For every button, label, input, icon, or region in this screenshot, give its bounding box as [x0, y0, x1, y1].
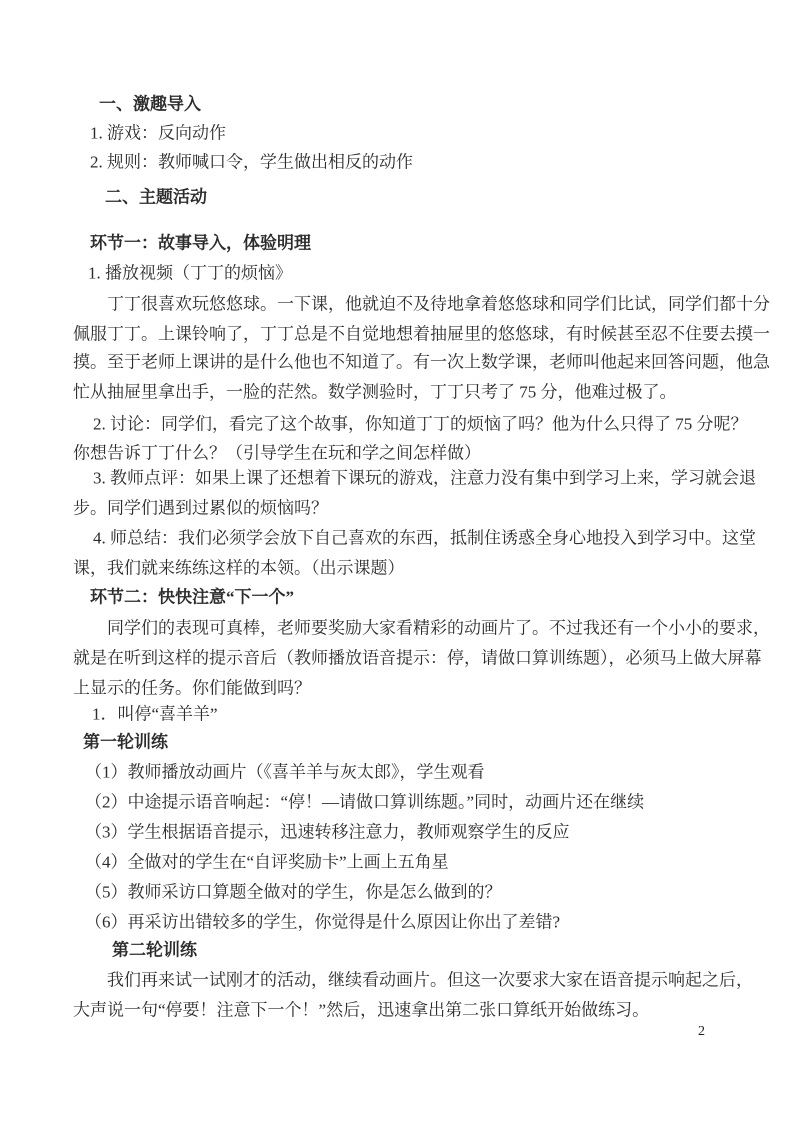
paragraph-line: 我们再来试一试刚才的活动，继续看动画片。但这一次要求大家在语音提示响起之后，	[107, 969, 753, 990]
heading-section-2: 二、主题活动	[105, 186, 207, 207]
numbered-step-5: （5）教师采访口算题全做对的学生，你是怎么做到的？	[85, 881, 502, 902]
numbered-step-1: （1）教师播放动画片（《喜羊羊与灰太郎》，学生观看	[85, 761, 485, 782]
heading-step-1: 环节一：故事导入，体验明理	[90, 232, 311, 253]
numbered-step-6: （6）再采访出错较多的学生，你觉得是什么原因让你出了差错?	[85, 911, 560, 932]
paragraph-line: 同学们的表现可真棒，老师要奖励大家看精彩的动画片了。不过我还有一个小小的要求，	[107, 617, 770, 638]
paragraph-line: 摸。至于老师上课讲的是什么他也不知道了。有一次上数学课，老师叫他起来回答问题，他…	[73, 351, 770, 372]
list-item-comment: 3. 教师点评：如果上课了还想着下课玩的游戏，注意力没有集中到学习上来，学习就会…	[93, 467, 756, 488]
list-item-play-video: 1. 播放视频（丁丁的烦恼》	[88, 262, 292, 283]
list-item-rule: 2. 规则：教师喊口令，学生做出相反的动作	[90, 151, 413, 172]
paragraph-line: 课，我们就来练练这样的本领。（出示课题）	[73, 557, 405, 578]
paragraph-line: 步。同学们遇到过累似的烦恼吗？	[73, 497, 328, 518]
paragraph-line: 佩服丁丁。上课铃响了，丁丁总是不自觉地想着抽屉里的悠悠球，有时候甚至忍不住要去摸…	[73, 323, 770, 344]
paragraph-line: 就是在听到这样的提示音后（教师播放语音提示：停，请做口算训练题），必须马上做大屏…	[73, 647, 762, 668]
numbered-step-3: （3）学生根据语音提示，迅速转移注意力，教师观察学生的反应	[85, 821, 570, 842]
paragraph-line: 你想告诉丁丁什么？（引导学生在玩和学之间怎样做）	[73, 442, 481, 463]
document-body: 一、激趣导入1. 游戏：反向动作2. 规则：教师喊口令，学生做出相反的动作二、主…	[0, 0, 793, 1122]
heading-section-1: 一、激趣导入	[99, 93, 201, 114]
page-number: 2	[698, 1024, 705, 1040]
numbered-step-4: （4）全做对的学生在“自评奖励卡”上画上五角星	[85, 851, 449, 872]
list-item-discussion: 2. 讨论：同学们，看完了这个故事，你知道丁丁的烦恼了吗？他为什么只得了 75 …	[93, 413, 748, 434]
paragraph-line: 大声说一句“停要！注意下一个！”然后，迅速拿出第二张口算纸开始做练习。	[73, 999, 649, 1020]
list-item-stop-xyy: 1．叫停“喜羊羊”	[92, 703, 218, 724]
paragraph-line: 上显示的任务。你们能做到吗？	[73, 677, 311, 698]
heading-round-2: 第二轮训练	[112, 939, 197, 960]
list-item-game: 1. 游戏：反向动作	[90, 122, 226, 143]
numbered-step-2: （2）中途提示语音响起：“停！—请做口算训练题。”同时，动画片还在继续	[85, 791, 644, 812]
document-page: 一、激趣导入1. 游戏：反向动作2. 规则：教师喊口令，学生做出相反的动作二、主…	[0, 0, 793, 1122]
paragraph-line: 忙从抽屉里拿出手，一脸的茫然。数学测验时，丁丁只考了 75 分，他难过极了。	[73, 381, 677, 402]
heading-step-2: 环节二：快快注意“下一个”	[90, 586, 294, 607]
list-item-summary: 4. 师总结：我们必须学会放下自己喜欢的东西，抵制住诱惑全身心地投入到学习中。这…	[93, 527, 756, 548]
paragraph-line: 丁丁很喜欢玩悠悠球。一下课，他就迫不及待地拿着悠悠球和同学们比试，同学们都十分	[107, 293, 770, 314]
heading-round-1: 第一轮训练	[83, 731, 168, 752]
